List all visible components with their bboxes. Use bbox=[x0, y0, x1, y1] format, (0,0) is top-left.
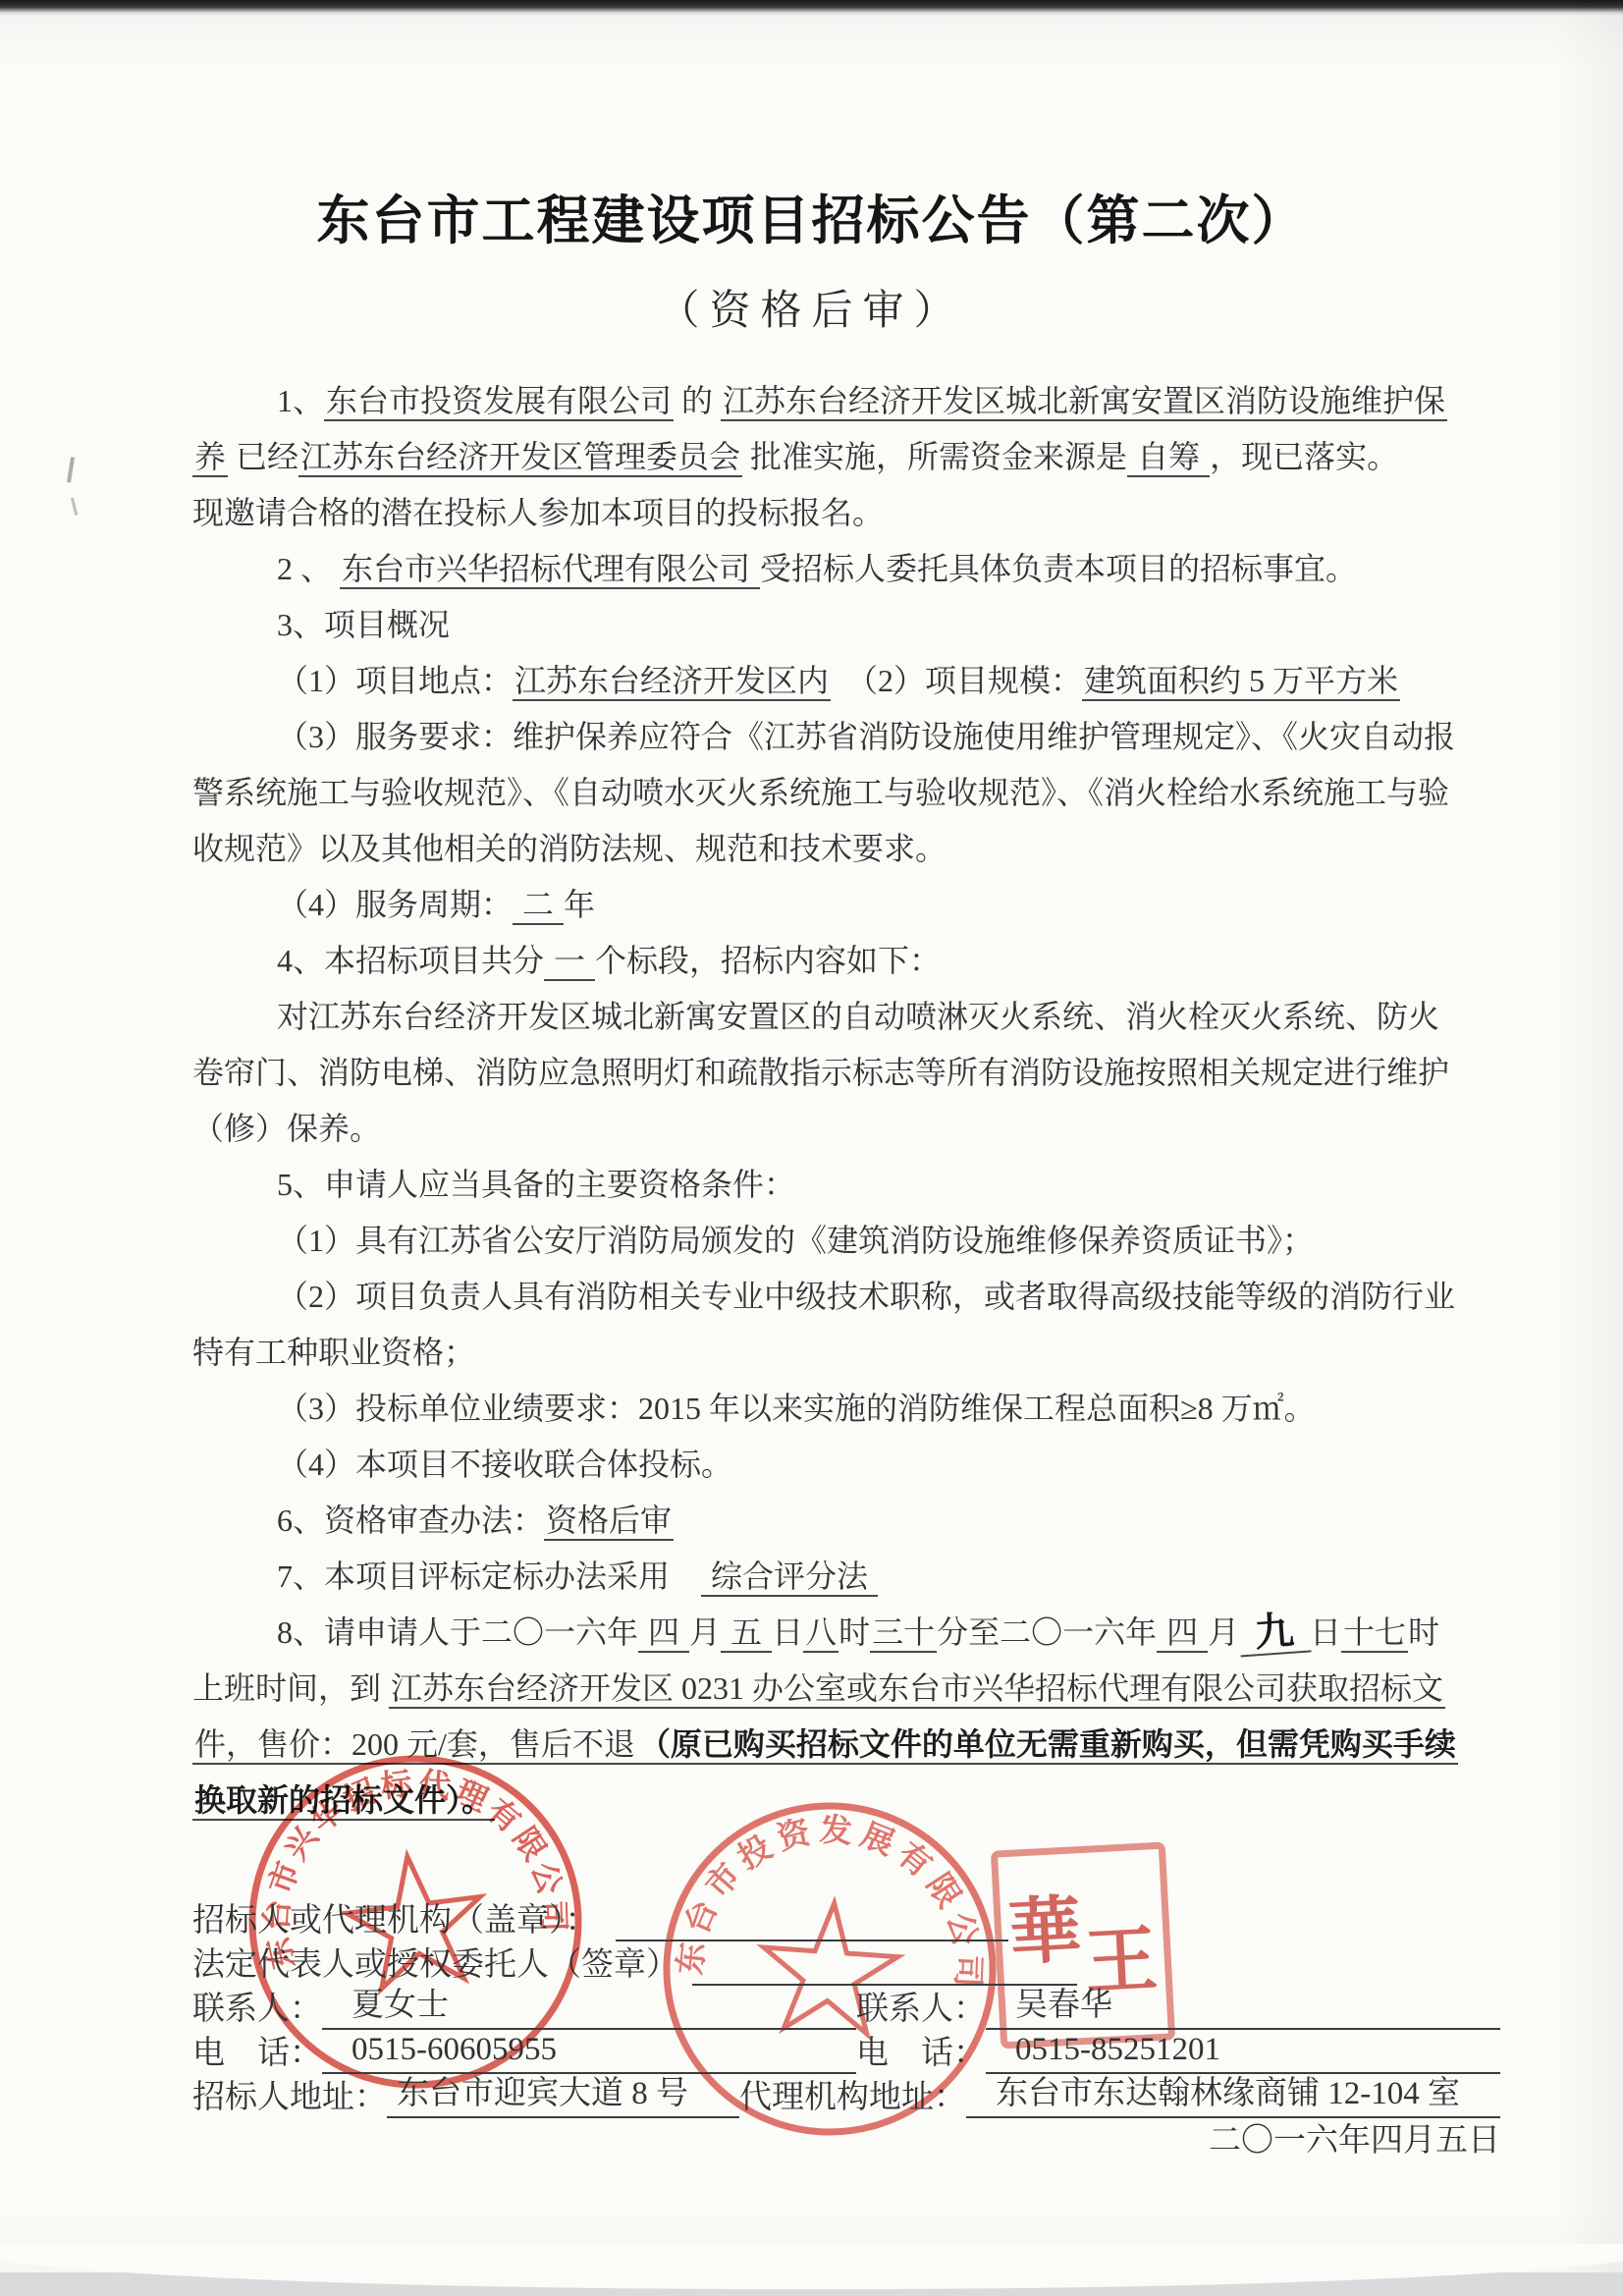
address-row: 招标人地址： 东台市迎宾大道 8 号 代理机构地址： 东台市东达翰林缘商铺 12… bbox=[192, 2074, 1500, 2118]
text-segment: 江苏东台经济开发区 0231 办公室或东台市兴华招标代理有限公司获取招标文 bbox=[389, 1670, 1445, 1709]
text-segment: ，现已落实。 bbox=[1210, 439, 1398, 474]
bidder-contact-value: 夏女士 bbox=[322, 1985, 856, 2030]
page-title: 东台市工程建设项目招标公告（第二次） bbox=[0, 0, 1623, 251]
body-line: 1、东台市投资发展有限公司 的 江苏东台经济开发区城北新寓安置区消防设施维护保 bbox=[192, 373, 1505, 429]
contact-label: 联系人： bbox=[856, 1989, 986, 2030]
text-segment: 东台市投资发展有限公司 bbox=[324, 383, 674, 421]
body-line: 4、本招标项目共分 一 个标段，招标内容如下： bbox=[192, 933, 1505, 989]
text-segment: 五 bbox=[721, 1614, 772, 1653]
text-segment: 的 bbox=[674, 383, 721, 418]
text-segment: 收规范》以及其他相关的消防法规、规范和技术要求。 bbox=[192, 831, 947, 866]
phone-label: 电 话： bbox=[192, 2033, 322, 2074]
text-segment: 建筑面积约 5 万平方米 bbox=[1082, 663, 1400, 701]
bidder-address-label: 招标人地址： bbox=[192, 2077, 387, 2118]
text-segment: 三十 bbox=[870, 1614, 937, 1653]
text-segment: 四 bbox=[638, 1614, 689, 1653]
blank-line bbox=[616, 1906, 1008, 1941]
bidder-address-value: 东台市迎宾大道 8 号 bbox=[387, 2073, 739, 2118]
text-segment: （4）服务周期： bbox=[277, 887, 513, 922]
text-segment: 8、请申请人于二〇一六年 bbox=[277, 1614, 638, 1650]
text-segment: 对江苏东台经济开发区城北新寓安置区的自动喷淋灭火系统、消火栓灭火系统、防火 bbox=[277, 999, 1439, 1034]
seal-row-label: 招标人或代理机构（盖章）： bbox=[192, 1900, 598, 1941]
text-segment: 受招标人委托具体负责本项目的招标事宜。 bbox=[760, 551, 1357, 586]
text-segment: 1、 bbox=[277, 383, 324, 418]
body-line: 5、申请人应当具备的主要资格条件： bbox=[192, 1157, 1505, 1213]
text-segment: 特有工种职业资格； bbox=[192, 1335, 475, 1370]
text-segment: 7、本项目评标定标办法采用 bbox=[277, 1558, 701, 1594]
text-segment: 件，售价：200 元/套，售后不退 bbox=[192, 1726, 637, 1765]
body-line: （3）服务要求：维护保养应符合《江苏省消防设施使用维护管理规定》、《火灾自动报 bbox=[192, 709, 1505, 765]
text-segment: 月 bbox=[689, 1614, 721, 1650]
contact-row: 联系人： 夏女士 联系人： 吴春华 bbox=[192, 1986, 1500, 2030]
text-segment: （3）投标单位业绩要求：2015 年以来实施的消防维保工程总面积≥8 万㎡。 bbox=[277, 1391, 1316, 1426]
body-line: 6、资格审查办法：资格后审 bbox=[192, 1493, 1505, 1549]
body-line: 特有工种职业资格； bbox=[192, 1325, 1505, 1381]
text-segment: 6、资格审查办法： bbox=[277, 1503, 544, 1538]
body-line: 警系统施工与验收规范》、《自动喷水灭火系统施工与验收规范》、《消火栓给水系统施工… bbox=[192, 765, 1505, 821]
text-segment: 现邀请合格的潜在投标人参加本项目的投标报名。 bbox=[192, 495, 884, 530]
text-segment: 3、项目概况 bbox=[277, 607, 450, 642]
text-segment: 时 bbox=[839, 1614, 870, 1650]
body-line: 8、请申请人于二〇一六年 四 月 五 日八时三十分至二〇一六年 四 月 九 日十… bbox=[192, 1605, 1505, 1661]
body-line: （4）服务周期： 二 年 bbox=[192, 877, 1505, 933]
text-segment: （4）本项目不接收联合体投标。 bbox=[277, 1447, 732, 1482]
text-segment: 日 bbox=[772, 1614, 803, 1650]
body-line: 件，售价：200 元/套，售后不退（原已购买招标文件的单位无需重新购买，但需凭购… bbox=[192, 1717, 1505, 1773]
text-segment: （修）保养。 bbox=[192, 1111, 381, 1146]
text-segment: 东台市兴华招标代理有限公司 bbox=[340, 551, 760, 589]
text-segment: 批准实施，所需资金来源是 bbox=[742, 439, 1127, 474]
text-segment: （原已购买招标文件的单位无需重新购买，但需凭购买手续 bbox=[637, 1726, 1458, 1765]
sign-row-label: 法定代表人或授权委托人（签章） bbox=[192, 1944, 678, 1986]
text-segment: 二 bbox=[513, 887, 564, 925]
agency-contact-value: 吴春华 bbox=[986, 1985, 1500, 2030]
text-segment: 换取新的招标文件）。 bbox=[192, 1782, 495, 1821]
phone-label: 电 话： bbox=[856, 2033, 986, 2074]
text-segment: 2 、 bbox=[277, 551, 340, 586]
text-segment: 警系统施工与验收规范》、《自动喷水灭火系统施工与验收规范》、《消火栓给水系统施工… bbox=[192, 775, 1449, 810]
bidder-phone-value: 0515-60605955 bbox=[322, 2029, 856, 2074]
text-segment: 自筹 bbox=[1127, 439, 1210, 477]
text-segment: 养 bbox=[192, 439, 228, 477]
text-segment: 四 bbox=[1157, 1614, 1208, 1653]
text-segment: 江苏东台经济开发区城北新寓安置区消防设施维护保 bbox=[721, 383, 1447, 421]
text-segment: 日 bbox=[1310, 1614, 1341, 1650]
text-segment: 上班时间，到 bbox=[192, 1670, 389, 1706]
agency-phone: 电 话： 0515-85251201 bbox=[856, 2029, 1500, 2074]
text-segment: 资格后审 bbox=[544, 1503, 674, 1541]
text-segment: 卷帘门、消防电梯、消防应急照明灯和疏散指示标志等所有消防设施按照相关规定进行维护 bbox=[192, 1055, 1449, 1090]
text-segment: （1）项目地点： bbox=[277, 663, 513, 698]
body-line: （2）项目负责人具有消防相关专业中级技术职称，或者取得高级技能等级的消防行业 bbox=[192, 1269, 1505, 1325]
text-segment: （2）项目规模： bbox=[831, 663, 1082, 698]
text-segment: 综合评分法 bbox=[701, 1558, 878, 1597]
agency-phone-value: 0515-85251201 bbox=[986, 2029, 1500, 2074]
body-line: 3、项目概况 bbox=[192, 597, 1505, 653]
body-line: 对江苏东台经济开发区城北新寓安置区的自动喷淋灭火系统、消火栓灭火系统、防火 bbox=[192, 989, 1505, 1045]
representative-signature-row: 法定代表人或授权委托人（签章） bbox=[192, 1941, 1500, 1986]
body-line: （1）项目地点：江苏东台经济开发区内 （2）项目规模：建筑面积约 5 万平方米 bbox=[192, 653, 1505, 709]
body-line: 现邀请合格的潜在投标人参加本项目的投标报名。 bbox=[192, 485, 1505, 541]
text-segment: （1）具有江苏省公安厅消防局颁发的《建筑消防设施维修保养资质证书》； bbox=[277, 1223, 1314, 1258]
document-body: 1、东台市投资发展有限公司 的 江苏东台经济开发区城北新寓安置区消防设施维护保养… bbox=[0, 373, 1623, 1829]
blank-line bbox=[692, 1950, 1077, 1986]
seal-signature-row: 招标人或代理机构（盖章）： bbox=[192, 1897, 1500, 1941]
text-segment: 分至二〇一六年 bbox=[937, 1614, 1157, 1650]
contact-label: 联系人： bbox=[192, 1989, 322, 2030]
body-line: （修）保养。 bbox=[192, 1101, 1505, 1157]
text-segment: 月 bbox=[1208, 1614, 1239, 1650]
document-date: 二〇一六年四月五日 bbox=[192, 2118, 1500, 2165]
phone-row: 电 话： 0515-60605955 电 话： 0515-85251201 bbox=[192, 2030, 1500, 2074]
body-line: 收规范》以及其他相关的消防法规、规范和技术要求。 bbox=[192, 821, 1505, 877]
text-segment: 4、本招标项目共分 bbox=[277, 943, 544, 978]
body-line: 卷帘门、消防电梯、消防应急照明灯和疏散指示标志等所有消防设施按照相关规定进行维护 bbox=[192, 1045, 1505, 1101]
footer-form: 招标人或代理机构（盖章）： 法定代表人或授权委托人（签章） 联系人： 夏女士 联… bbox=[0, 1897, 1623, 2165]
body-line: 2 、 东台市兴华招标代理有限公司 受招标人委托具体负责本项目的招标事宜。 bbox=[192, 541, 1505, 597]
text-segment: 八 bbox=[803, 1614, 839, 1653]
text-segment: 5、申请人应当具备的主要资格条件： bbox=[277, 1167, 795, 1202]
body-line: （4）本项目不接收联合体投标。 bbox=[192, 1437, 1505, 1493]
text-segment: 个标段，招标内容如下： bbox=[595, 943, 941, 978]
text-segment: 已经 bbox=[228, 439, 298, 474]
text-segment: 江苏东台经济开发区管理委员会 bbox=[298, 439, 742, 477]
body-line: 换取新的招标文件）。 bbox=[192, 1773, 1505, 1829]
text-segment: 时 bbox=[1408, 1614, 1439, 1650]
body-line: 7、本项目评标定标办法采用 综合评分法 bbox=[192, 1549, 1505, 1605]
agency-address-value: 东台市东达翰林缘商铺 12-104 室 bbox=[966, 2073, 1500, 2118]
body-line: （1）具有江苏省公安厅消防局颁发的《建筑消防设施维修保养资质证书》； bbox=[192, 1213, 1505, 1269]
scanner-top-edge bbox=[0, 0, 1623, 16]
page-subtitle: （资格后审） bbox=[0, 287, 1623, 336]
bidder-contact: 联系人： 夏女士 bbox=[192, 1985, 856, 2030]
bidder-phone: 电 话： 0515-60605955 bbox=[192, 2029, 856, 2074]
agency-contact: 联系人： 吴春华 bbox=[856, 1985, 1500, 2030]
body-line: 上班时间，到 江苏东台经济开发区 0231 办公室或东台市兴华招标代理有限公司获… bbox=[192, 1661, 1505, 1717]
text-segment: 一 bbox=[544, 943, 595, 981]
agency-address-label: 代理机构地址： bbox=[739, 2077, 966, 2118]
scanned-document-page: 东台市工程建设项目招标公告（第二次） （资格后审） 1、东台市投资发展有限公司 … bbox=[0, 0, 1623, 2296]
scanner-bottom-edge bbox=[0, 2272, 1623, 2296]
text-segment: 十七 bbox=[1341, 1614, 1408, 1653]
text-segment: 年 bbox=[564, 887, 595, 922]
text-segment: 江苏东台经济开发区内 bbox=[513, 663, 831, 701]
text-segment: （2）项目负责人具有消防相关专业中级技术职称，或者取得高级技能等级的消防行业 bbox=[277, 1279, 1455, 1314]
body-line: 养 已经江苏东台经济开发区管理委员会 批准实施，所需资金来源是 自筹 ，现已落实… bbox=[192, 429, 1505, 485]
text-segment: （3）服务要求：维护保养应符合《江苏省消防设施使用维护管理规定》、《火灾自动报 bbox=[277, 719, 1455, 754]
handwritten-text-segment: 九 bbox=[1238, 1611, 1312, 1658]
body-line: （3）投标单位业绩要求：2015 年以来实施的消防维保工程总面积≥8 万㎡。 bbox=[192, 1381, 1505, 1437]
